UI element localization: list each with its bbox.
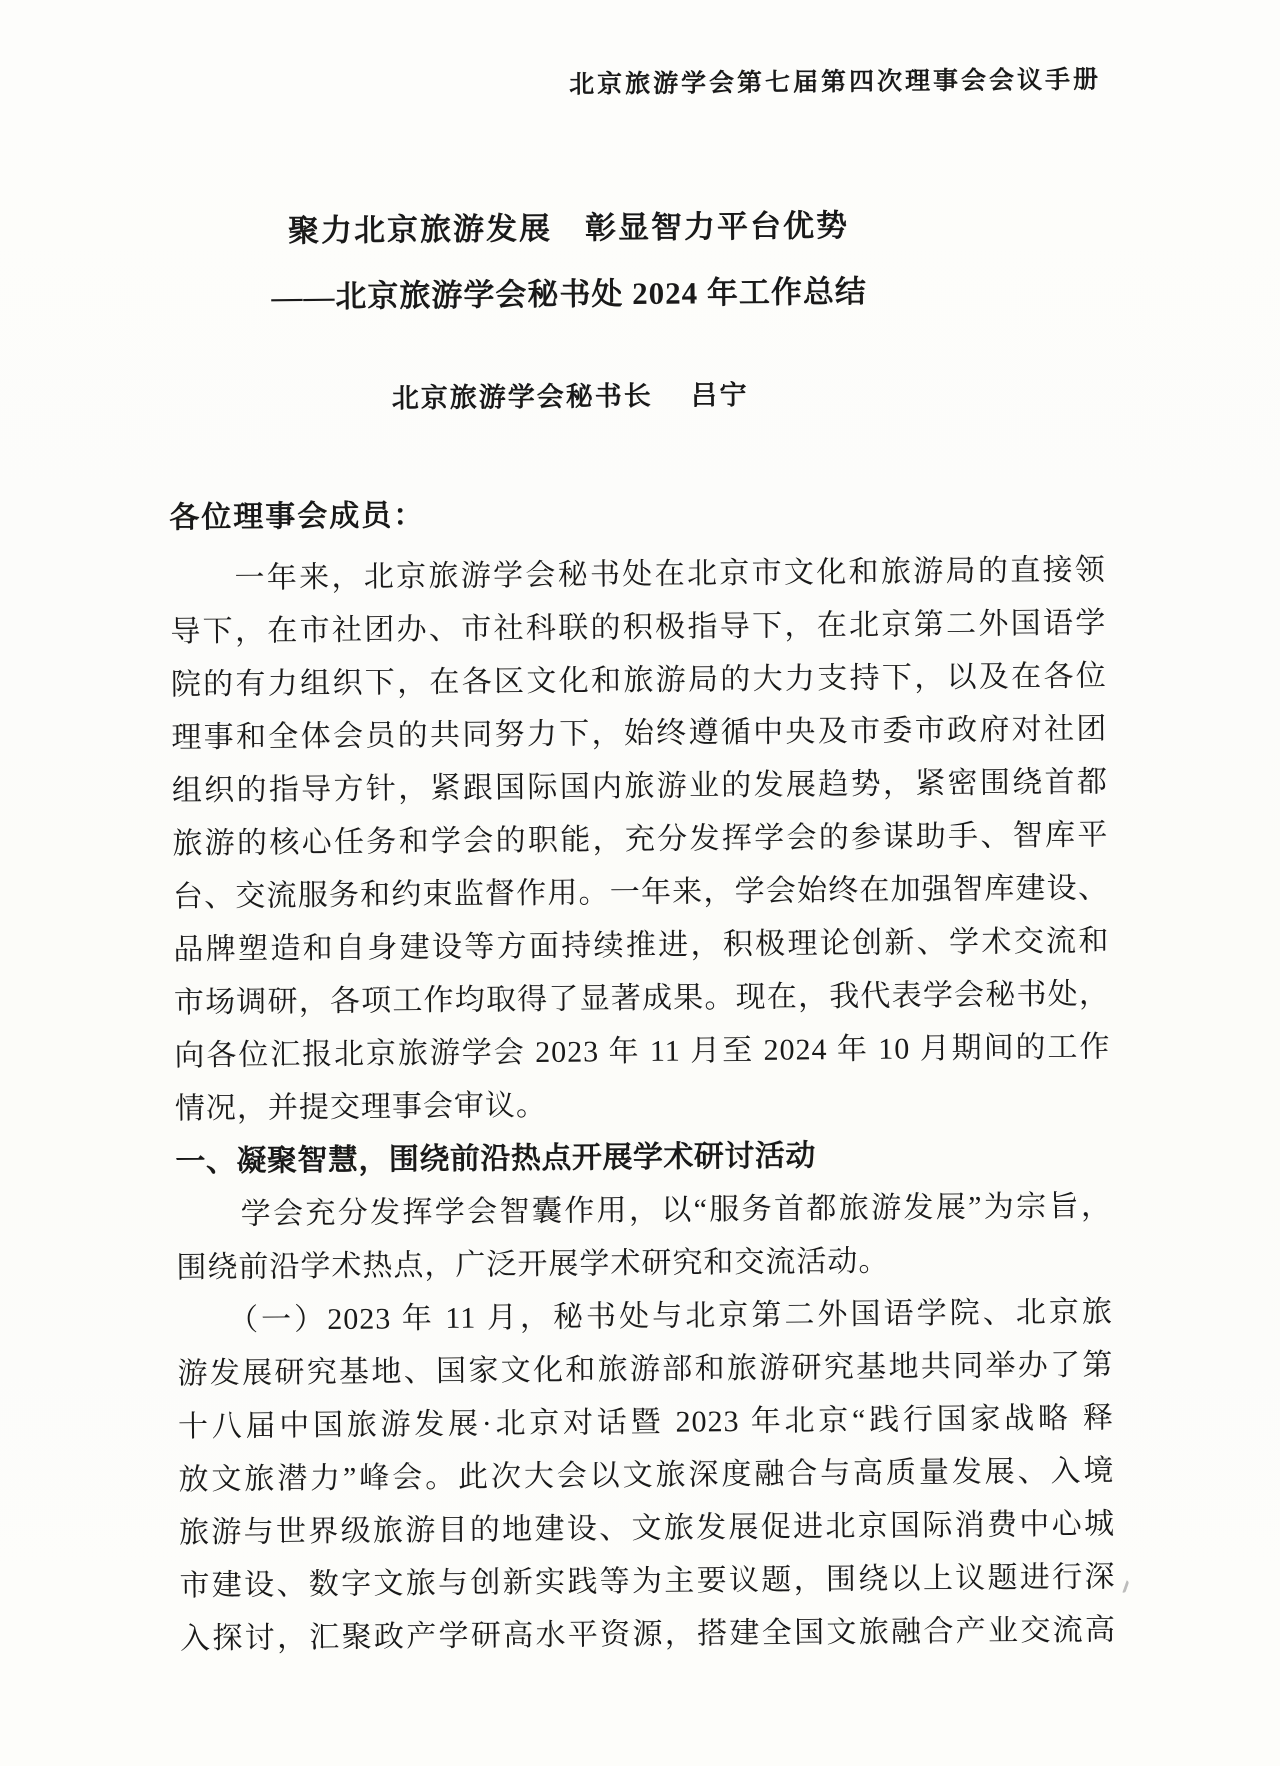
doc-byline: 北京旅游学会秘书长 吕宁 bbox=[0, 373, 1144, 420]
scan-artifact bbox=[1117, 1578, 1130, 1593]
text-line: 院的有力组织下，在各区文化和旅游局的大力支持下，以及在各位 bbox=[171, 650, 1107, 712]
paragraph-sections: 一年来，北京旅游学会秘书处在北京市文化和旅游局的直接领导下，在市社团办、市社科联… bbox=[170, 544, 1117, 1666]
doc-subtitle: ——北京旅游学会秘书处 2024 年工作总结 bbox=[0, 267, 1143, 322]
front-matter: 聚力北京旅游发展 彰显智力平台优势 ——北京旅游学会秘书处 2024 年工作总结… bbox=[0, 201, 1144, 420]
text-line: 入探讨，汇聚政产学研高水平资源，搭建全国文旅融合产业交流高 bbox=[180, 1603, 1116, 1665]
text-line: 市场调研，各项工作均取得了显著成果。现在，我代表学会秘书处， bbox=[174, 967, 1110, 1029]
text-line: 品牌塑造和自身建设等方面持续推进，积极理论创新、学术交流和 bbox=[173, 915, 1109, 977]
salutation: 各位理事会成员： bbox=[169, 486, 1105, 543]
text-line: 导下，在市社团办、市社科联的积极指导下，在北京第二外国语学 bbox=[170, 597, 1106, 659]
body-content: 各位理事会成员： 一年来，北京旅游学会秘书处在北京市文化和旅游局的直接领导下，在… bbox=[169, 486, 1116, 1666]
text-line: 十八届中国旅游发展·北京对话暨 2023 年北京“践行国家战略 释 bbox=[178, 1391, 1114, 1453]
text-line: 组织的指导方针，紧跟国际国内旅游业的发展趋势，紧密围绕首都 bbox=[172, 756, 1108, 818]
text-line: 情况，并提交理事会审议。 bbox=[175, 1073, 1111, 1135]
text-line: （一）2023 年 11 月，秘书处与北京第二外国语学院、北京旅 bbox=[177, 1285, 1113, 1347]
text-line: 一年来，北京旅游学会秘书处在北京市文化和旅游局的直接领 bbox=[170, 544, 1106, 606]
text-line: 台、交流服务和约束监督作用。一年来，学会始终在加强智库建设、 bbox=[173, 862, 1109, 924]
text-line: 学会充分发挥学会智囊作用，以“服务首都旅游发展”为宗旨， bbox=[176, 1179, 1112, 1241]
text-line: 向各位汇报北京旅游学会 2023 年 11 月至 2024 年 10 月期间的工… bbox=[174, 1020, 1110, 1082]
text-line: 市建设、数字文旅与创新实践等为主要议题，围绕以上议题进行深 bbox=[179, 1550, 1115, 1612]
scan-content: 北京旅游学会第七届第四次理事会会议手册 聚力北京旅游发展 彰显智力平台优势 ——… bbox=[0, 0, 1280, 1766]
text-line: 围绕前沿学术热点，广泛开展学术研究和交流活动。 bbox=[176, 1232, 1112, 1294]
text-line: 旅游与世界级旅游目的地建设、文旅发展促进北京国际消费中心城 bbox=[179, 1497, 1115, 1559]
text-line: 放文旅潜力”峰会。此次大会以文旅深度融合与高质量发展、入境 bbox=[178, 1444, 1114, 1506]
doc-title: 聚力北京旅游发展 彰显智力平台优势 bbox=[0, 201, 1143, 256]
running-header: 北京旅游学会第七届第四次理事会会议手册 bbox=[165, 66, 1101, 105]
text-line: 旅游的核心任务和学会的职能，充分发挥学会的参谋助手、智库平 bbox=[172, 809, 1108, 871]
section-heading: 一、凝聚智慧，围绕前沿热点开展学术研讨活动 bbox=[175, 1126, 1111, 1188]
document-page: 北京旅游学会第七届第四次理事会会议手册 聚力北京旅游发展 彰显智力平台优势 ——… bbox=[0, 0, 1280, 1766]
text-line: 游发展研究基地、国家文化和旅游部和旅游研究基地共同举办了第 bbox=[177, 1338, 1113, 1400]
text-line: 理事和全体会员的共同努力下，始终遵循中央及市委市政府对社团 bbox=[171, 703, 1107, 765]
